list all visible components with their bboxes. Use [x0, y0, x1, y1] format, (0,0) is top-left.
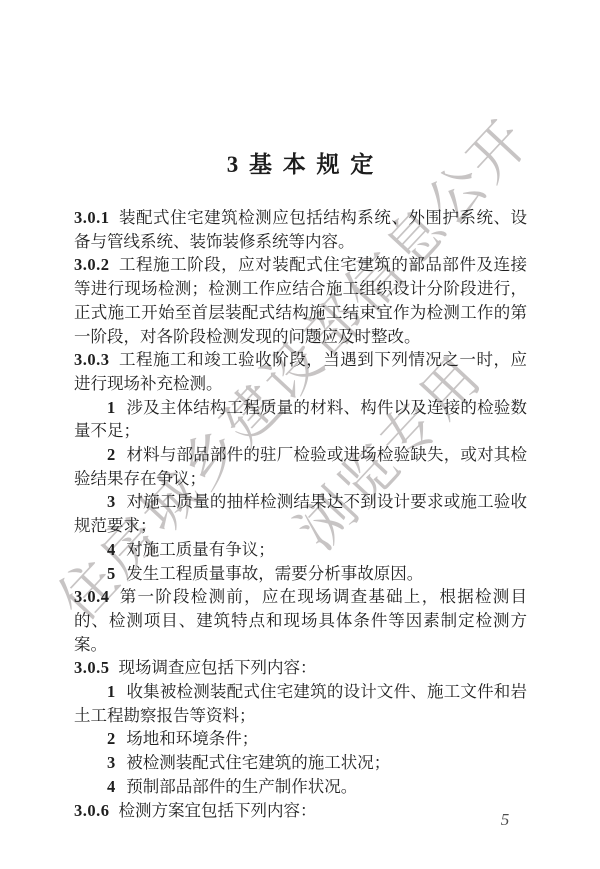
- item-number: 4: [107, 777, 115, 796]
- document-page: 住房城乡建设部信息公开 浏览专用 3 基 本 规 定 3.0.1装配式住宅建筑检…: [0, 0, 600, 869]
- item-number: 5: [107, 564, 115, 583]
- clause-3.0.5: 3.0.5现场调查应包括下列内容：: [74, 656, 527, 680]
- clause-3.0.6: 3.0.6检测方案宜包括下列内容：: [74, 799, 527, 823]
- clause-text: 工程施工阶段，应对装配式住宅建筑的部品部件及连接等进行现场检测；检测工作应结合施…: [74, 255, 527, 345]
- clause-number: 3.0.2: [74, 255, 110, 274]
- clause-3.0.4: 3.0.4第一阶段检测前，应在现场调查基础上，根据检测目的、检测项目、建筑特点和…: [74, 585, 527, 656]
- clause-number: 3.0.4: [74, 587, 110, 606]
- clause-3.0.3: 3.0.3工程施工和竣工验收阶段，当遇到下列情况之一时，应进行现场补充检测。: [74, 348, 527, 395]
- clause-item: 2场地和环境条件；: [74, 727, 527, 751]
- clause-item: 2材料与部品部件的驻厂检验或进场检验缺失，或对其检验结果存在争议；: [74, 443, 527, 490]
- item-text: 预制部品部件的生产制作状况。: [126, 777, 357, 796]
- document-body: 3.0.1装配式住宅建筑检测应包括结构系统、外围护系统、设备与管线系统、装饰装修…: [74, 206, 527, 822]
- clause-item: 1涉及主体结构工程质量的材料、构件以及连接的检验数量不足；: [74, 396, 527, 443]
- clause-3.0.1: 3.0.1装配式住宅建筑检测应包括结构系统、外围护系统、设备与管线系统、装饰装修…: [74, 206, 527, 253]
- clause-item: 4预制部品部件的生产制作状况。: [74, 775, 527, 799]
- clause-text: 工程施工和竣工验收阶段，当遇到下列情况之一时，应进行现场补充检测。: [74, 350, 527, 393]
- clause-text: 检测方案宜包括下列内容：: [119, 801, 317, 820]
- item-text: 收集被检测装配式住宅建筑的设计文件、施工文件和岩土工程勘察报告等资料；: [74, 682, 527, 725]
- item-number: 4: [107, 540, 115, 559]
- item-number: 1: [107, 398, 115, 417]
- item-number: 1: [107, 682, 115, 701]
- clause-number: 3.0.1: [74, 208, 110, 227]
- clause-number: 3.0.6: [74, 801, 110, 820]
- item-text: 涉及主体结构工程质量的材料、构件以及连接的检验数量不足；: [74, 398, 527, 441]
- clause-3.0.2: 3.0.2工程施工阶段，应对装配式住宅建筑的部品部件及连接等进行现场检测；检测工…: [74, 253, 527, 348]
- item-text: 材料与部品部件的驻厂检验或进场检验缺失，或对其检验结果存在争议；: [74, 445, 527, 488]
- clause-item: 4对施工质量有争议；: [74, 538, 527, 562]
- clause-item: 3对施工质量的抽样检测结果达不到设计要求或施工验收规范要求；: [74, 490, 527, 537]
- clause-text: 第一阶段检测前，应在现场调查基础上，根据检测目的、检测项目、建筑特点和现场具体条…: [74, 587, 527, 653]
- clause-text: 现场调查应包括下列内容：: [119, 658, 317, 677]
- item-text: 对施工质量有争议；: [126, 540, 275, 559]
- item-text: 被检测装配式住宅建筑的施工状况；: [126, 753, 390, 772]
- item-number: 2: [107, 729, 115, 748]
- item-text: 场地和环境条件；: [126, 729, 258, 748]
- clause-text: 装配式住宅建筑检测应包括结构系统、外围护系统、设备与管线系统、装饰装修系统等内容…: [74, 208, 527, 251]
- item-text: 发生工程质量事故，需要分析事故原因。: [126, 564, 423, 583]
- clause-item: 1收集被检测装配式住宅建筑的设计文件、施工文件和岩土工程勘察报告等资料；: [74, 680, 527, 727]
- clause-item: 5发生工程质量事故，需要分析事故原因。: [74, 562, 527, 586]
- item-number: 3: [107, 753, 115, 772]
- chapter-title: 3 基 本 规 定: [0, 146, 600, 179]
- item-number: 3: [107, 492, 115, 511]
- clause-item: 3被检测装配式住宅建筑的施工状况；: [74, 751, 527, 775]
- clause-number: 3.0.3: [74, 350, 110, 369]
- clause-number: 3.0.5: [74, 658, 110, 677]
- page-number: 5: [490, 810, 520, 830]
- item-number: 2: [107, 445, 115, 464]
- item-text: 对施工质量的抽样检测结果达不到设计要求或施工验收规范要求；: [74, 492, 527, 535]
